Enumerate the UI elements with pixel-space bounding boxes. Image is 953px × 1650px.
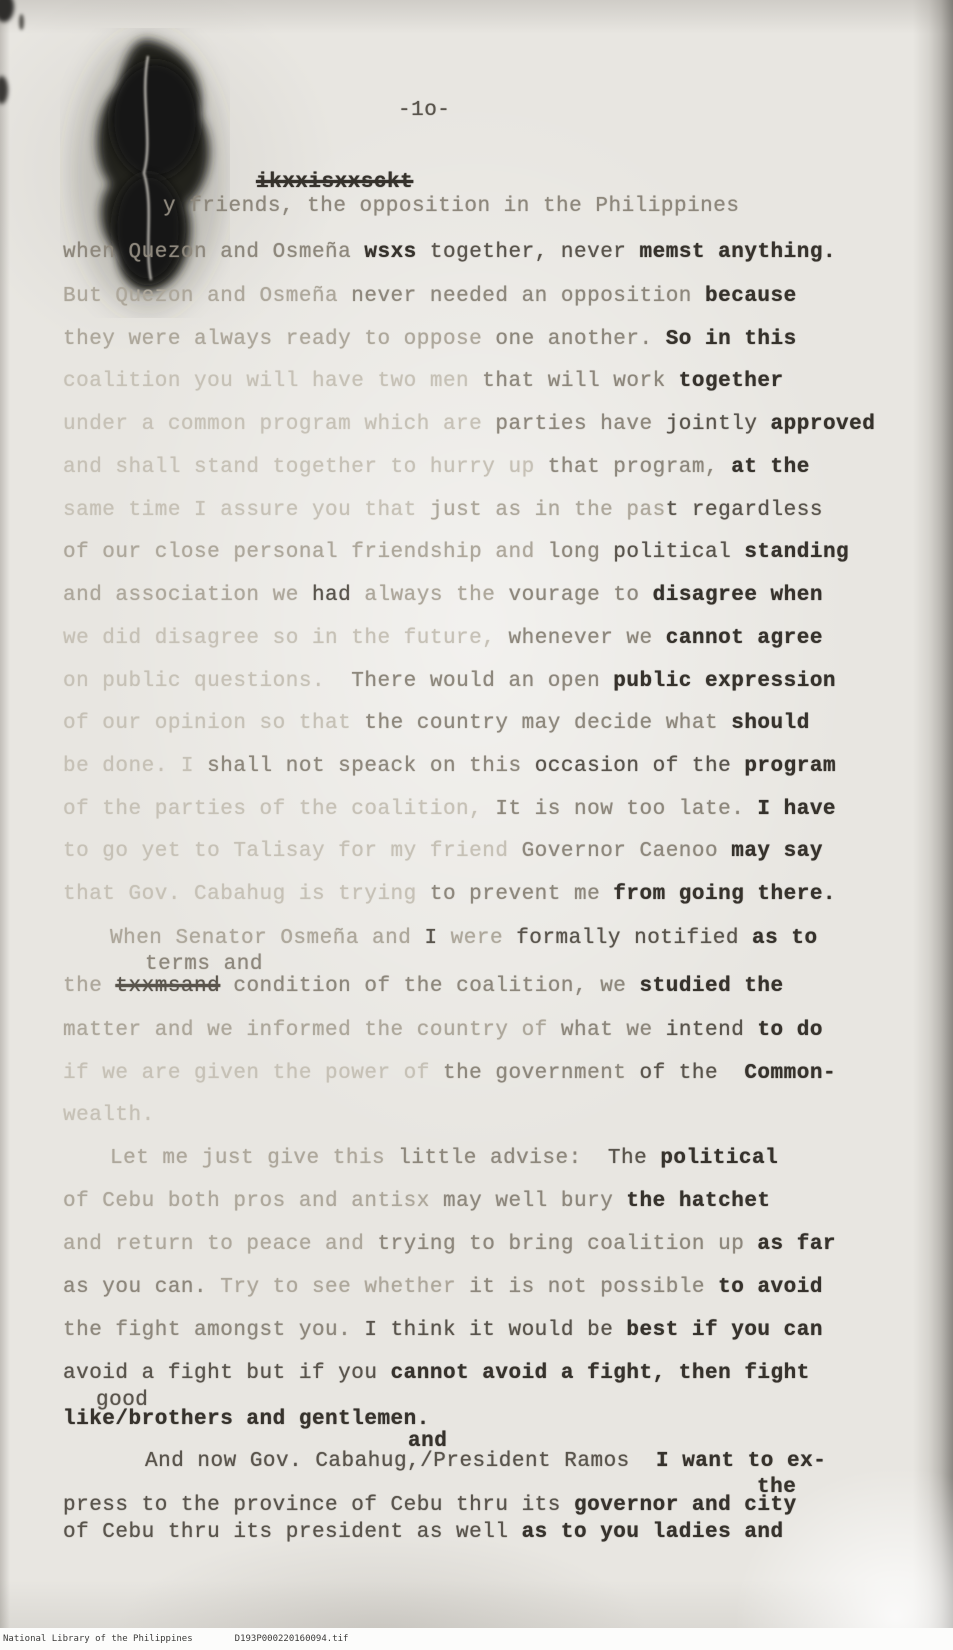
text-segment: the hatchet [626, 1190, 770, 1213]
text-segment: Common- [744, 1062, 836, 1085]
text-segment: terms and [145, 953, 263, 976]
text-segment: to avoid [718, 1276, 823, 1299]
typewritten-line: y friends, the opposition in the Philipp… [163, 194, 740, 220]
text-segment: should [731, 712, 810, 735]
text-segment: It is now too late. [495, 798, 757, 821]
text-segment: txxmsand [115, 975, 220, 998]
text-segment: whenever we [508, 627, 665, 650]
text-segment: because [705, 285, 797, 308]
text-segment: together, never [417, 241, 640, 264]
text-segment: together [679, 370, 784, 393]
text-segment: to do [757, 1019, 823, 1042]
typewritten-line: and association we had always the vourag… [63, 583, 823, 609]
text-segment: approved [771, 413, 876, 436]
typewritten-line: of Cebu both pros and antisx may well bu… [63, 1189, 771, 1215]
text-segment: Governor Caenoo [522, 840, 732, 863]
text-segment: condition of the coalition, we [220, 975, 639, 998]
text-segment: of the [640, 1062, 745, 1085]
text-segment: I [424, 927, 437, 950]
text-segment: that program, [548, 456, 731, 479]
text-segment: like/brothers and gentlemen. [63, 1408, 430, 1431]
typewritten-line: Let me just give this little advise: The… [110, 1146, 778, 1172]
text-segment: and return to peace and [63, 1233, 377, 1256]
text-segment: of the parties of the coalition, [63, 798, 495, 821]
typewritten-line: and shall stand together to hurry up tha… [63, 455, 810, 481]
text-segment: little advise: [398, 1147, 608, 1170]
typewritten-line: of the parties of the coalition, It is n… [63, 797, 836, 823]
text-segment: under a common program which are [63, 413, 495, 436]
typewritten-line: on public questions. There would an open… [63, 669, 836, 695]
strikeout-correction: ikxxisxxsckt [256, 170, 413, 196]
text-segment: trying to bring coalition up [377, 1233, 757, 1256]
typewritten-line: wealth. [63, 1103, 155, 1129]
text-segment: y friends, the opposition in the Philipp… [163, 195, 740, 218]
text-segment: from going there. [613, 883, 836, 906]
text-segment: cannot avoid a fight, then fight [391, 1362, 810, 1385]
text-segment: And now Gov. Cabahug,/President Ramos [145, 1450, 656, 1473]
text-segment: wealth. [63, 1104, 155, 1127]
typewritten-line: matter and we informed the country of wh… [63, 1018, 823, 1044]
text-segment: So in this [666, 328, 797, 351]
text-segment: when Quezon and Osmeña [63, 241, 364, 264]
text-segment: But Quezon and Osmeña [63, 285, 351, 308]
text-segment: I want to ex- [656, 1450, 826, 1473]
typewritten-line: avoid a fight but if you cannot avoid a … [63, 1361, 810, 1387]
text-segment: When Senator Osmeña and [110, 927, 424, 950]
text-segment: to prevent me [430, 883, 613, 906]
text-segment: that Gov. Cabahug is trying [63, 883, 430, 906]
typewritten-line: to go yet to Talisay for my friend Gover… [63, 839, 823, 865]
text-segment: jointly [666, 413, 771, 436]
text-segment: cannot agree [666, 627, 823, 650]
text-segment: be done. I [63, 755, 207, 778]
footer-filename: D193P000220160094.tif [235, 1634, 349, 1644]
text-segment: t regardless [666, 499, 823, 522]
text-segment: that will work [482, 370, 679, 393]
text-segment: we did disagree so in the future, [63, 627, 508, 650]
text-segment: There would an open [351, 670, 613, 693]
typewritten-line: when Quezon and Osmeña wsxs together, ne… [63, 240, 836, 266]
text-segment: memst anything. [640, 241, 837, 264]
text-segment: of our close personal friendship and [63, 541, 548, 564]
typewritten-line: the txxmsand condition of the coalition,… [63, 974, 784, 1000]
text-segment: of Cebu both pros and antisx [63, 1190, 443, 1213]
typewritten-line: When Senator Osmeña and I were formally … [110, 926, 818, 952]
text-segment: one another. [495, 328, 665, 351]
text-segment: never needed an opposition [351, 285, 705, 308]
typewritten-line: of our opinion so that the country may d… [63, 711, 810, 737]
typewritten-line: under a common program which are parties… [63, 412, 875, 438]
text-segment: and shall stand together to hurry up [63, 456, 548, 479]
text-segment: the government [443, 1062, 640, 1085]
text-segment: same time I assure you that [63, 499, 430, 522]
typewritten-line: if we are given the power of the governm… [63, 1061, 836, 1087]
document-page: -1o-ikxxisxxsckty friends, the oppositio… [0, 0, 953, 1650]
page-number: -1o- [398, 98, 450, 124]
text-segment: if we are given the power of [63, 1062, 443, 1085]
text-segment: what we [561, 1019, 666, 1042]
text-segment: vourage to [509, 584, 653, 607]
text-segment: governor and city [574, 1494, 797, 1517]
text-segment: press to the province of Cebu thru its [63, 1494, 574, 1517]
text-segment: best if you can [626, 1319, 823, 1342]
text-segment: may well bury [443, 1190, 626, 1213]
text-segment: intend [666, 1019, 758, 1042]
text-segment: to go yet to Talisay for my friend [63, 840, 522, 863]
typewritten-line: coalition you will have two men that wil… [63, 369, 784, 395]
text-segment: -1o- [398, 99, 450, 122]
text-segment: public expression [613, 670, 836, 693]
text-segment: The [608, 1147, 660, 1170]
text-segment: I think it would be [364, 1319, 626, 1342]
text-segment: avoid a fight but if you [63, 1362, 391, 1385]
text-segment: political [613, 541, 744, 564]
typewritten-line: press to the province of Cebu thru its g… [63, 1493, 797, 1519]
typewritten-line: But Quezon and Osmeña never needed an op… [63, 284, 797, 310]
text-segment: Try to see whether [220, 1276, 469, 1299]
text-segment: the fight amongst you. [63, 1319, 364, 1342]
typewritten-line: that Gov. Cabahug is trying to prevent m… [63, 882, 836, 908]
footer-library-label: National Library of the Philippines [3, 1634, 193, 1644]
text-segment: and association we [63, 584, 312, 607]
text-segment: political [660, 1147, 778, 1170]
typewritten-line: of our close personal friendship and lon… [63, 540, 849, 566]
text-segment: standing [744, 541, 849, 564]
text-segment: of Cebu thru its president as well [63, 1521, 522, 1544]
typewritten-line: the fight amongst you. I think it would … [63, 1318, 823, 1344]
text-segment: were [438, 927, 517, 950]
text-segment: coalition you will have two men [63, 370, 482, 393]
typewritten-line: of Cebu thru its president as well as to… [63, 1520, 784, 1546]
text-segment: the [63, 975, 115, 998]
typewritten-line: and return to peace and trying to bring … [63, 1232, 836, 1258]
typewritten-line: we did disagree so in the future, whenev… [63, 626, 823, 652]
text-segment: occasion of the [535, 755, 745, 778]
text-segment: had [312, 584, 351, 607]
typewritten-line: same time I assure you that just as in t… [63, 498, 823, 524]
text-segment: it is not possible [469, 1276, 718, 1299]
text-segment: as to [752, 927, 818, 950]
text-segment: always the [351, 584, 508, 607]
typewritten-line: be done. I shall not speack on this occa… [63, 754, 836, 780]
text-segment: disagree when [653, 584, 823, 607]
text-segment: matter and we informed the country of [63, 1019, 561, 1042]
text-segment: they were always ready to oppose [63, 328, 495, 351]
text-segment: shall not speack on this [207, 755, 535, 778]
text-segment: formally notified [516, 927, 752, 950]
text-segment: as you can. [63, 1276, 220, 1299]
typewritten-text: -1o-ikxxisxxsckty friends, the oppositio… [0, 0, 953, 1650]
text-segment: the country may decide what [364, 712, 731, 735]
text-segment: as to you ladies and [522, 1521, 784, 1544]
text-segment: Let me just give this [110, 1147, 398, 1170]
text-segment: parties have [495, 413, 665, 436]
text-segment: ikxxisxxsckt [256, 171, 413, 194]
text-segment: just as in the pas [430, 499, 666, 522]
text-segment: studied the [640, 975, 784, 998]
text-segment: long [548, 541, 614, 564]
text-segment: may say [731, 840, 823, 863]
text-segment: of our opinion so that [63, 712, 364, 735]
typewritten-line: like/brothers and gentlemen. [63, 1407, 430, 1433]
text-segment: wsxs [364, 241, 416, 264]
typewritten-line: they were always ready to oppose one ano… [63, 327, 797, 353]
text-segment: as far [757, 1233, 836, 1256]
text-segment: I have [757, 798, 836, 821]
text-segment: program [744, 755, 836, 778]
text-segment: on public questions. [63, 670, 351, 693]
typewritten-line: And now Gov. Cabahug,/President Ramos I … [145, 1449, 826, 1475]
typewritten-line: as you can. Try to see whether it is not… [63, 1275, 823, 1301]
scan-footer: National Library of the Philippines D193… [0, 1628, 953, 1650]
text-segment: at the [731, 456, 810, 479]
